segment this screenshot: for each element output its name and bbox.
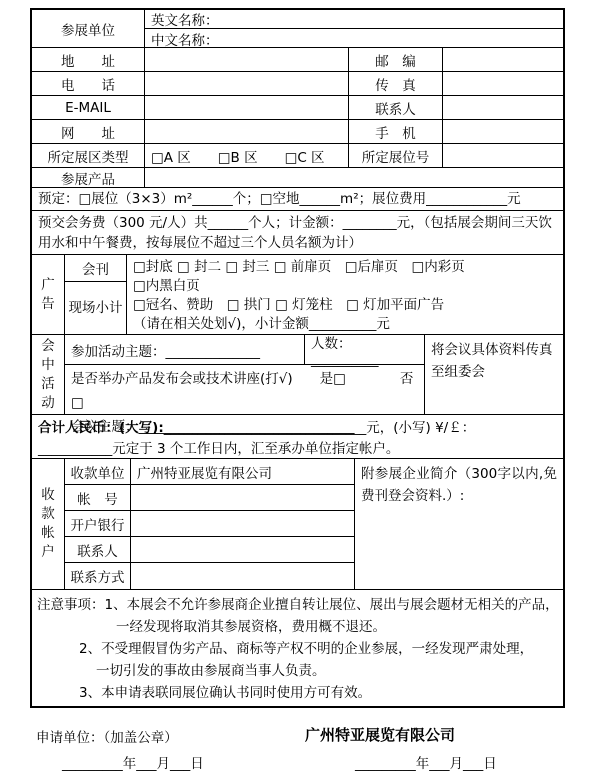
- mobile-field[interactable]: [443, 120, 563, 143]
- ad-options-line2[interactable]: □内黑白页: [133, 277, 557, 296]
- activity-theme-field[interactable]: 参加活动主题：______________: [65, 335, 305, 364]
- ad-section: 广告 会刊 现场小计 □封底 □ 封二 □ 封三 □ 前扉页 □后扉页 □内彩页…: [32, 255, 563, 335]
- payee-value: 广州特亚展览有限公司: [131, 459, 354, 484]
- journal-label: 会刊: [65, 255, 126, 282]
- account-contact-field[interactable]: [131, 537, 354, 562]
- chinese-name-field[interactable]: 中文名称：: [145, 29, 563, 48]
- note-line-2: 一经发现将取消其参展资格，费用概不退还。: [32, 616, 563, 638]
- english-name-field[interactable]: 英文名称：: [145, 10, 563, 29]
- ad-options: □封底 □ 封二 □ 封三 □ 前扉页 □后扉页 □内彩页 □内黑白页 □冠名、…: [127, 255, 563, 334]
- email-field[interactable]: [145, 96, 349, 119]
- bank-label: 开户银行: [65, 511, 131, 536]
- application-form-page: 参展单位 英文名称： 中文名称： 地 址 邮 编 电 话 传 真 E-MAIL …: [0, 0, 592, 773]
- exhibitor-row: 参展单位 英文名称： 中文名称：: [32, 10, 563, 48]
- total-amount: 合计人民币：(大写):_____________________________…: [32, 415, 563, 458]
- booth-number-field[interactable]: [443, 144, 563, 167]
- phone-field[interactable]: [145, 72, 349, 95]
- ad-sublabels: 会刊 现场小计: [65, 255, 127, 334]
- activity-section: 会中活动 参加活动主题：______________ 人数：__________…: [32, 335, 563, 415]
- applicant-date-field[interactable]: _________年___月___日: [62, 752, 204, 772]
- onsite-subtotal-label: 现场小计: [65, 282, 126, 334]
- website-row: 网 址 手 机: [32, 120, 563, 144]
- organizer-date-field[interactable]: _________年___月___日: [355, 752, 497, 772]
- note-line-3: 2、不受理假冒伪劣产品、商标等产权不明的企业参展，一经发现严肃处理，: [32, 638, 563, 660]
- account-rows: 收款单位 广州特亚展览有限公司 帐 号 开户银行 联系人 联系方式: [65, 459, 355, 589]
- account-number-field[interactable]: [131, 485, 354, 510]
- activity-section-label: 会中活动: [32, 335, 65, 414]
- zone-type-label: 所定展区类型: [32, 144, 145, 167]
- ad-options-line3[interactable]: □冠名、赞助 □ 拱门 □ 灯笼柱 □ 灯加平面广告: [133, 296, 557, 315]
- account-section-label: 收款帐户: [32, 459, 65, 589]
- total-transfer-line[interactable]: ___________元定于 3 个工作日内，汇至承办单位指定帐户。: [38, 439, 557, 458]
- postcode-field[interactable]: [443, 48, 563, 71]
- contact-method-label: 联系方式: [65, 563, 131, 589]
- applicant-seal-label: 申请单位：（加盖公章）: [36, 726, 178, 746]
- contact-person-label: 联系人: [349, 96, 443, 119]
- products-row: 参展产品: [32, 168, 563, 188]
- application-form-table: 参展单位 英文名称： 中文名称： 地 址 邮 编 电 话 传 真 E-MAIL …: [30, 8, 565, 708]
- notes-section: 注意事项：1、本展会不允许参展商企业擅自转让展位、展出与展会题材无相关的产品， …: [32, 590, 563, 706]
- contact-method-row: 联系方式: [65, 563, 354, 589]
- account-number-label: 帐 号: [65, 485, 131, 510]
- booth-number-label: 所定展位号: [349, 144, 443, 167]
- ad-options-line1[interactable]: □封底 □ 封二 □ 封三 □ 前扉页 □后扉页 □内彩页: [133, 258, 557, 277]
- account-contact-row: 联系人: [65, 537, 354, 563]
- email-label: E-MAIL: [32, 96, 145, 119]
- account-number-row: 帐 号: [65, 485, 354, 511]
- fax-field[interactable]: [443, 72, 563, 95]
- booking-row: 预定：□展位（3×3）m²______个；□空地______m²；展位费用___…: [32, 188, 563, 211]
- notes-text: 注意事项：1、本展会不允许参展商企业擅自转让展位、展出与展会题材无相关的产品， …: [32, 590, 563, 706]
- zone-checkboxes[interactable]: □A 区 □B 区 □C 区: [145, 144, 349, 167]
- total-label: 合计人民币：(大写):: [38, 420, 164, 436]
- account-section: 收款帐户 收款单位 广州特亚展览有限公司 帐 号 开户银行 联系人: [32, 459, 563, 590]
- website-field[interactable]: [145, 120, 349, 143]
- launch-checkboxes[interactable]: 是否举办产品发布会或技术讲座(打√) 是□ 否□: [71, 367, 418, 415]
- phone-label: 电 话: [32, 72, 145, 95]
- payee-row: 收款单位 广州特亚展览有限公司: [65, 459, 354, 485]
- postcode-label: 邮 编: [349, 48, 443, 71]
- note-line-4: 一切引发的事故由参展商当事人负责。: [32, 660, 563, 682]
- total-amount-blank[interactable]: ______________________________: [164, 420, 367, 436]
- organizer-company-name: 广州特亚展览有限公司: [305, 724, 455, 745]
- mobile-label: 手 机: [349, 120, 443, 143]
- note-line-1: 注意事项：1、本展会不允许参展商企业擅自转让展位、展出与展会题材无相关的产品，: [32, 594, 563, 616]
- total-row: 合计人民币：(大写):_____________________________…: [32, 415, 563, 459]
- note-line-5: 3、本申请表联同展位确认书同时使用方可有效。: [32, 682, 563, 704]
- contact-person-field[interactable]: [443, 96, 563, 119]
- activity-people-field[interactable]: 人数：__________: [305, 335, 424, 364]
- address-field[interactable]: [145, 48, 349, 71]
- exhibitor-names: 英文名称： 中文名称：: [145, 10, 563, 47]
- account-contact-label: 联系人: [65, 537, 131, 562]
- activity-fields: 参加活动主题：______________ 人数：__________ 是否举办…: [65, 335, 425, 414]
- company-profile-note[interactable]: 附参展企业简介（300字以内,免费刊登会资料.）:: [355, 459, 563, 589]
- fee-line[interactable]: 预交会务费（300 元/人）共______个人；计金额：________元，（包…: [32, 211, 563, 254]
- zone-row: 所定展区类型 □A 区 □B 区 □C 区 所定展位号: [32, 144, 563, 168]
- fax-materials-note: 将会议具体资料传真至组委会: [425, 335, 563, 414]
- address-label: 地 址: [32, 48, 145, 71]
- booking-line[interactable]: 预定：□展位（3×3）m²______个；□空地______m²；展位费用___…: [32, 188, 563, 210]
- contact-method-field[interactable]: [131, 563, 354, 589]
- email-row: E-MAIL 联系人: [32, 96, 563, 120]
- fee-row: 预交会务费（300 元/人）共______个人；计金额：________元，（包…: [32, 211, 563, 255]
- products-field[interactable]: [145, 168, 563, 187]
- address-row: 地 址 邮 编: [32, 48, 563, 72]
- activity-row1: 参加活动主题：______________ 人数：__________: [65, 335, 424, 365]
- bank-row: 开户银行: [65, 511, 354, 537]
- exhibitor-label: 参展单位: [32, 10, 145, 47]
- total-tail: 元，(小写) ¥/￡：: [366, 420, 475, 436]
- website-label: 网 址: [32, 120, 145, 143]
- fax-label: 传 真: [349, 72, 443, 95]
- payee-label: 收款单位: [65, 459, 131, 484]
- bank-field[interactable]: [131, 511, 354, 536]
- products-label: 参展产品: [32, 168, 145, 187]
- phone-row: 电 话 传 真: [32, 72, 563, 96]
- ad-section-label: 广告: [32, 255, 65, 334]
